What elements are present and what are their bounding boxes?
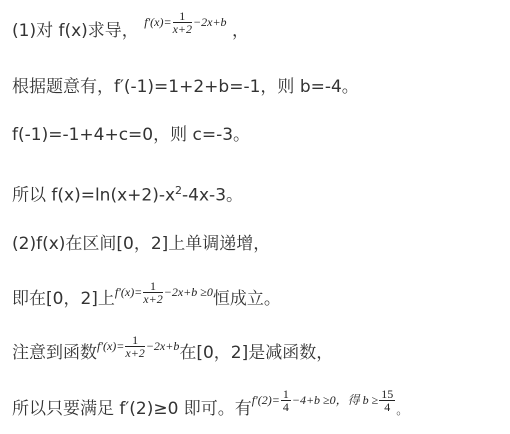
line-4: 所以 f(x)=ln(x+2)-x2-4x-3。	[12, 180, 243, 207]
line-7: 注意到函数f′(x)=1x+2−2x+b在[0，2]是减函数，	[12, 342, 333, 368]
line-8: 所以只要满足 f′(2)≥0 即可。有f′(2)=14−4+b ≥0，得 b ≥…	[12, 398, 408, 424]
derivative-formula: f′(x)=1x+2−2x+b	[144, 10, 226, 36]
condition-formula: f′(2)=14−4+b ≥0，得 b ≥154	[252, 388, 396, 414]
denominator: 4	[379, 401, 395, 414]
text: ，	[232, 21, 249, 41]
denominator: x+2	[143, 293, 162, 306]
formula-rest: −4+b ≥0，得 b ≥	[292, 393, 378, 407]
line-5: (2)f(x)在区间[0，2]上单调递增，	[12, 233, 270, 255]
fraction: 154	[379, 388, 395, 414]
text: 在[0，2]是减函数，	[179, 343, 333, 363]
derivative-formula: f′(x)=1x+2−2x+b	[97, 334, 179, 360]
fraction: 1x+2	[173, 10, 192, 36]
denominator: x+2	[125, 347, 144, 360]
text: 所以只要满足 f′(2)≥0 即可。有	[12, 399, 252, 419]
formula-rest: −2x+b	[193, 15, 227, 29]
text: (1)对 f(x)求导，	[12, 21, 139, 41]
formula-lhs: f′(2)=	[252, 393, 280, 407]
formula-lhs: f′(x)=	[144, 15, 171, 29]
fraction: 14	[281, 388, 291, 414]
line-1: (1)对 f(x)求导， f′(x)=1x+2−2x+b ，	[12, 20, 249, 46]
line-6: 即在[0，2]上f′(x)=1x+2−2x+b ≥0恒成立。	[12, 288, 281, 314]
fraction: 1x+2	[125, 334, 144, 360]
text: 即在[0，2]上	[12, 289, 115, 309]
text: 。	[396, 403, 408, 417]
formula-lhs: f′(x)=	[97, 339, 124, 353]
formula-rest: −2x+b	[146, 339, 180, 353]
denominator: x+2	[173, 23, 192, 36]
fraction: 1x+2	[143, 280, 162, 306]
formula-lhs: f′(x)=	[115, 285, 142, 299]
superscript: 2	[175, 184, 182, 197]
text: 恒成立。	[213, 289, 281, 309]
denominator: 4	[281, 401, 291, 414]
text: 所以 f(x)=ln(x+2)-x	[12, 186, 175, 206]
formula-rest: −2x+b ≥0	[164, 285, 213, 299]
text: -4x-3。	[182, 186, 243, 206]
inequality-formula: f′(x)=1x+2−2x+b ≥0	[115, 280, 213, 306]
line-2: 根据题意有，f′(-1)=1+2+b=-1，则 b=-4。	[12, 76, 359, 98]
text: 注意到函数	[12, 343, 97, 363]
line-3: f(-1)=-1+4+c=0，则 c=-3。	[12, 124, 250, 146]
